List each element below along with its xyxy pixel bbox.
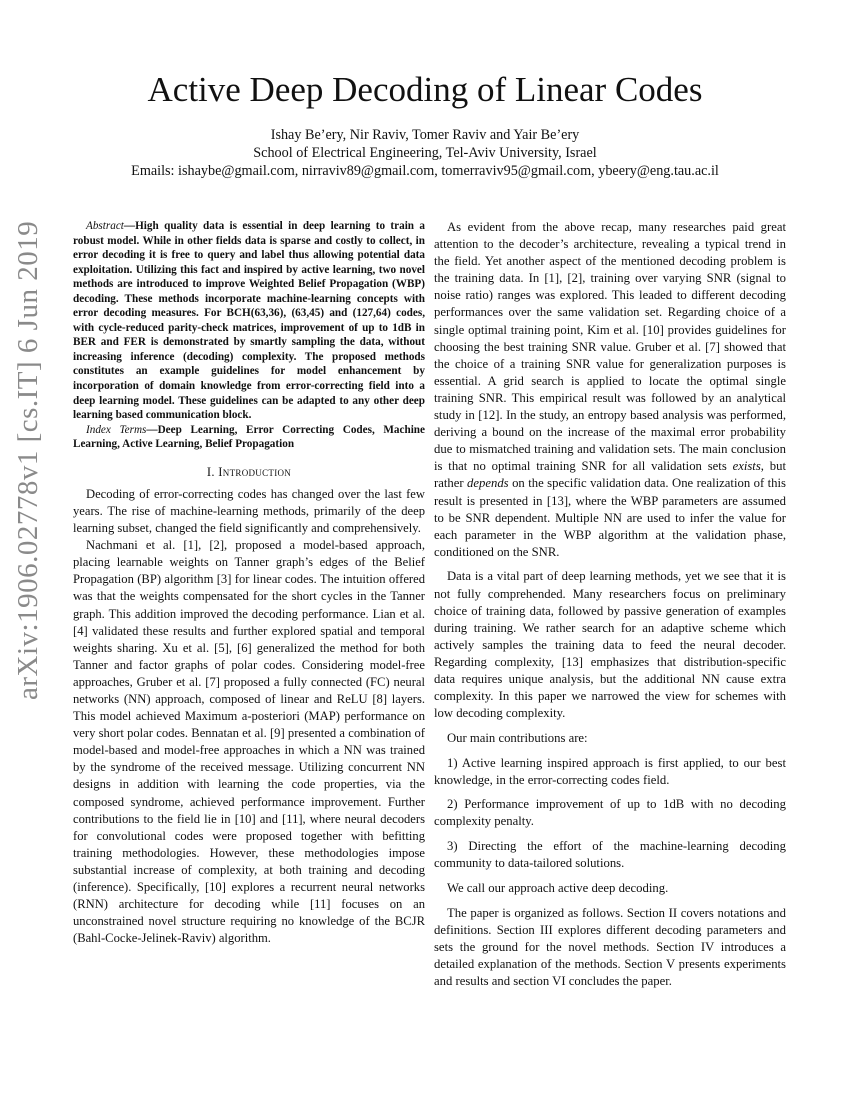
body-paragraph: Nachmani et al. [1], [2], proposed a mod… — [73, 537, 425, 947]
abstract-label: Abstract — [86, 220, 124, 232]
emphasis-text: depends — [467, 476, 509, 490]
paper-title: Active Deep Decoding of Linear Codes — [0, 70, 850, 110]
emphasis-text: exists — [733, 459, 761, 473]
contribution-item-3: 3) Directing the effort of the machine-l… — [434, 838, 786, 872]
abstract: Abstract—High quality data is essential … — [73, 219, 425, 452]
author-emails: Emails: ishaybe@gmail.com, nirraviv89@gm… — [0, 162, 850, 180]
abstract-text: —High quality data is essential in deep … — [73, 220, 425, 421]
contribution-item-1: 1) Active learning inspired approach is … — [434, 755, 786, 789]
body-paragraph: Data is a vital part of deep learning me… — [434, 568, 786, 722]
index-terms-paragraph: Index Terms—Deep Learning, Error Correct… — [73, 423, 425, 452]
contributions-intro: Our main contributions are: — [434, 730, 786, 747]
paper-organization-paragraph: The paper is organized as follows. Secti… — [434, 905, 786, 990]
arxiv-identifier-stamp: arXiv:1906.02778v1 [cs.IT] 6 Jun 2019 — [12, 221, 45, 700]
contribution-item-2: 2) Performance improvement of up to 1dB … — [434, 796, 786, 830]
section-heading-introduction: I. Introduction — [73, 464, 425, 481]
body-paragraph: We call our approach active deep decodin… — [434, 880, 786, 897]
section-number: I. — [207, 465, 215, 479]
abstract-paragraph: Abstract—High quality data is essential … — [73, 219, 425, 423]
body-paragraph: As evident from the above recap, many re… — [434, 219, 786, 561]
body-paragraph: Decoding of error-correcting codes has c… — [73, 486, 425, 537]
author-names: Ishay Be’ery, Nir Raviv, Tomer Raviv and… — [0, 126, 850, 144]
section-title: Introduction — [218, 465, 291, 479]
text-run: As evident from the above recap, many re… — [434, 220, 786, 473]
right-column: As evident from the above recap, many re… — [434, 219, 786, 998]
author-affiliation: School of Electrical Engineering, Tel-Av… — [0, 144, 850, 162]
index-terms-label: Index Terms — [86, 424, 146, 436]
author-block: Ishay Be’ery, Nir Raviv, Tomer Raviv and… — [0, 126, 850, 180]
left-column: Abstract—High quality data is essential … — [73, 219, 425, 947]
